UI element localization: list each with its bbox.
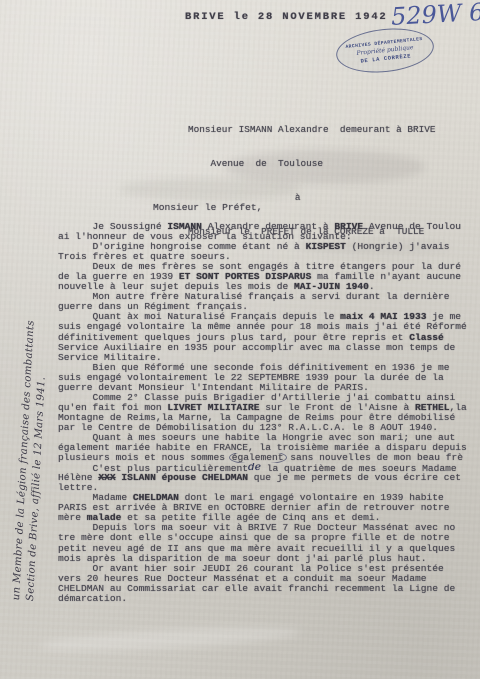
body-line: Depuis lors ma soeur vit à BRIVE 7 Rue D… — [58, 523, 479, 533]
body-line: Service Auxiliaire en 1935 pour accompli… — [58, 343, 479, 353]
body-line: mère malade et sa petite fille agée de C… — [58, 513, 479, 523]
body-line: démarcation. — [58, 594, 479, 604]
body-line: de la guerre en 1939 ET SONT PORTES DISP… — [58, 272, 479, 282]
body-line: définitivement quelques jours plus tard,… — [58, 333, 479, 343]
body-line: PARIS est arrivée à BRIVE en OCTOBRE der… — [58, 503, 479, 513]
body-line: lettre. — [58, 483, 479, 493]
body-line: D'origine hongroise comme étant né à KIS… — [58, 242, 479, 252]
body-line: Mon autre frère Naturalisé français a se… — [58, 292, 479, 302]
body-line: Madame CHELDMAN dont le mari engagé volo… — [58, 493, 479, 503]
body-line: Service Militaire. — [58, 353, 479, 363]
body-line: Hélène XXX ISLANN épouse CHELDMAN que je… — [58, 473, 479, 483]
archive-reference-handwritten: 529W 67 — [390, 0, 480, 31]
date-line: BRIVE le 28 NOVEMBRE 1942 — [185, 11, 388, 23]
body-line: suis engagé volontaire la même année pou… — [58, 322, 479, 332]
body-line: ai l'honneur de vous exposer la situatio… — [58, 232, 479, 242]
salutation: Monsieur le Préfet, — [153, 202, 262, 213]
body-line: vers 20 heures Rue Docteur Massénat et a… — [58, 574, 479, 584]
body-line: nouvelle à leur sujet depuis les mois de… — [58, 282, 479, 292]
recipient-line: Avenue de Toulouse — [188, 158, 436, 169]
body-line: suis engagé volontairement le 22 SEPTEMB… — [58, 373, 479, 383]
body-line: tre mère dont elle s'occupe ainsi que de… — [58, 533, 479, 543]
body-line: par le Centre de Démobilisation du 123° … — [58, 423, 479, 433]
letter-body: Je Soussigné ISMANN Alexandre demeurant … — [58, 222, 479, 604]
body-line: plusieurs mois et nous sommes également … — [58, 453, 479, 463]
paper-crease — [40, 623, 301, 655]
body-line: guerre dans un Régiment français. — [58, 302, 479, 312]
body-line: Comme 2° Classe puis Brigadier d'Artille… — [58, 393, 479, 403]
body-line: guerre devant Monsieur l'Intendant Milit… — [58, 383, 479, 393]
body-line: C'est plus particulièrementde la quatriè… — [58, 463, 479, 473]
body-line: Bien que Réformé une seconde fois défini… — [58, 363, 479, 373]
body-line: Quant à mes soeurs une habite la Hongrie… — [58, 433, 479, 443]
body-line: Deux de mes frères se sont engagés à tit… — [58, 262, 479, 272]
body-line: Montagne de Reims,la Marne, la Campagne … — [58, 413, 479, 423]
body-line: également mariée habite en FRANCE, la tr… — [58, 443, 479, 453]
body-line: Trois frères et quatre soeurs. — [58, 252, 479, 262]
recipient-line: Monsieur ISMANN Alexandre demeurant à BR… — [188, 124, 436, 135]
body-line: Or avant hier soir JEUDI 26 courant la P… — [58, 564, 479, 574]
body-line: qu'en fait foi mon LIVRET MILITAIRE sur … — [58, 403, 479, 413]
body-line: mois après la disparition de ma soeur do… — [58, 554, 479, 564]
body-line: CHELDMAN au Commissariat car elle avait … — [58, 584, 479, 594]
body-line: Quant àx moi Naturalisé Français depuis … — [58, 312, 479, 322]
archives-stamp: ARCHIVES DÉPARTEMENTALES Propriété publi… — [334, 24, 436, 77]
body-line: Je Soussigné ISMANN Alexandre demeurant … — [58, 222, 479, 232]
body-line: petit neveu agé de II ans que ma mère av… — [58, 544, 479, 554]
scanned-letter-page: BRIVE le 28 NOVEMBRE 1942 529W 67 ARCHIV… — [0, 0, 480, 679]
margin-note-handwritten: un Membre de la Légion française des com… — [10, 308, 53, 601]
